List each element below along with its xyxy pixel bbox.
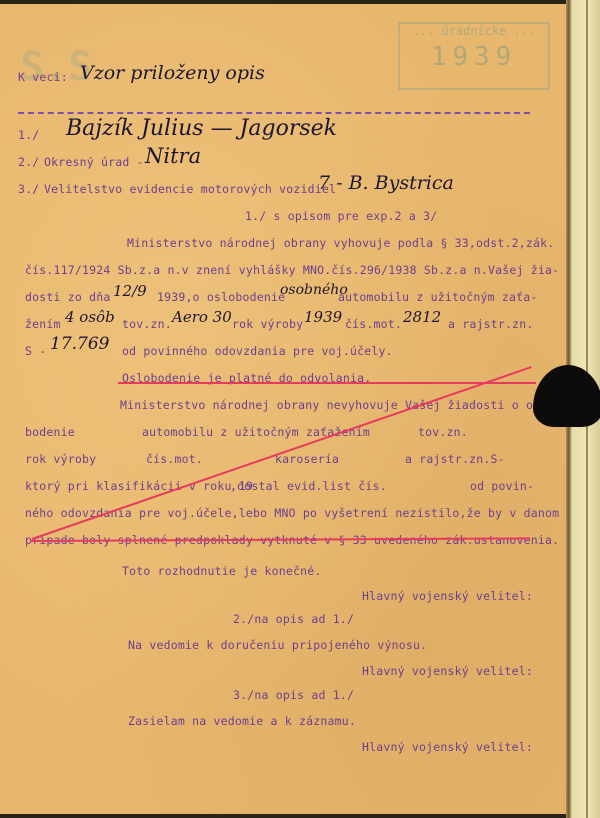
section-1-heading: 1./ s opisom pre exp.2 a 3/	[245, 209, 437, 223]
struck-line-2b: automobilu z užitočným zaťažením	[142, 425, 370, 439]
recipient-1-num: 1./	[18, 128, 39, 142]
hw-motor-no: 2812	[403, 308, 441, 326]
struck-line-4a: ktorý pri klasifikácii v roku 19	[25, 479, 253, 493]
body-line-3a: dosti zo dňa	[25, 290, 110, 304]
recipient-3-handwritten: 7 - B. Bystrica	[318, 172, 454, 194]
red-strikethrough-top	[118, 382, 536, 384]
document-page: S.S ... úradnícke ... 1939 K veci: Vzor …	[0, 4, 566, 814]
signature-2: Hlavný vojenský velitel:	[362, 664, 533, 678]
struck-line-2a: bodenie	[25, 425, 75, 439]
body-line-3c: automobilu z užitočným zaťa-	[338, 290, 537, 304]
body-line-2: čís.117/1924 Sb.z.a n.v znení vyhlášky M…	[25, 263, 559, 277]
body-line-5b: od povinného odovzdania pre voj.účely.	[122, 344, 393, 358]
body-line-4a: žením	[25, 317, 61, 331]
section-2-body: Na vedomie k doručeniu pripojeného výnos…	[128, 638, 427, 652]
struck-line-2c: tov.zn.	[418, 425, 468, 439]
recipient-3-office: Velitelstvo evidencie motorových vozidie…	[44, 182, 336, 196]
stamp-number: 1939	[400, 42, 548, 72]
section-2-heading: 2./na opis ad 1./	[233, 612, 354, 626]
struck-line-4c: od povin-	[470, 479, 534, 493]
signature-1: Hlavný vojenský velitel:	[362, 589, 533, 603]
header-divider	[18, 112, 530, 114]
body-line-4b: tov.zn.	[122, 317, 172, 331]
section-3-heading: 3./na opis ad 1./	[233, 688, 354, 702]
struck-line-3b: čís.mot.	[146, 452, 203, 466]
struck-line-4b: ,dostal evid.list čís.	[230, 479, 387, 493]
body-line-5a: S -	[25, 344, 46, 358]
final-decision: Toto rozhodnutie je konečné.	[122, 564, 321, 578]
signature-3: Hlavný vojenský velitel:	[362, 740, 533, 754]
subject-handwritten: Vzor priloženy opis	[80, 62, 265, 84]
hw-brand: Aero 30	[172, 308, 232, 326]
recipient-2-city: Nitra	[145, 144, 201, 168]
recipient-2-office: Okresný úrad -	[44, 155, 144, 169]
hw-date: 12/9	[113, 282, 147, 300]
body-line-3b: 1939,o oslobodenie	[157, 290, 285, 304]
hw-reg-no: 17.769	[50, 334, 109, 354]
struck-line-3a: rok výroby	[25, 452, 96, 466]
hw-capacity: 4 osôb	[65, 308, 115, 326]
registry-stamp: ... úradnícke ... 1939	[398, 22, 550, 90]
struck-line-1: Ministerstvo národnej obrany nevyhovuje …	[120, 398, 562, 412]
struck-line-3c: karosería	[275, 452, 339, 466]
body-line-1: Ministerstvo národnej obrany vyhovuje po…	[127, 236, 554, 250]
body-line-4d: čís.mot.	[345, 317, 402, 331]
recipient-1-name: Bajzík Julius — Jagorsek	[66, 116, 337, 141]
body-line-4c: rok výroby	[232, 317, 303, 331]
body-line-4e: a rajstr.zn.	[448, 317, 533, 331]
subject-label: K veci:	[18, 70, 68, 84]
section-3-body: Zasielam na vedomie a k záznamu.	[128, 714, 356, 728]
recipient-3-num: 3./	[18, 182, 39, 196]
hw-year: 1939	[304, 308, 342, 326]
stamp-text: ... úradnícke ...	[400, 24, 548, 38]
struck-line-3d: a rajstr.zn.S-	[405, 452, 505, 466]
recipient-2-num: 2./	[18, 155, 39, 169]
